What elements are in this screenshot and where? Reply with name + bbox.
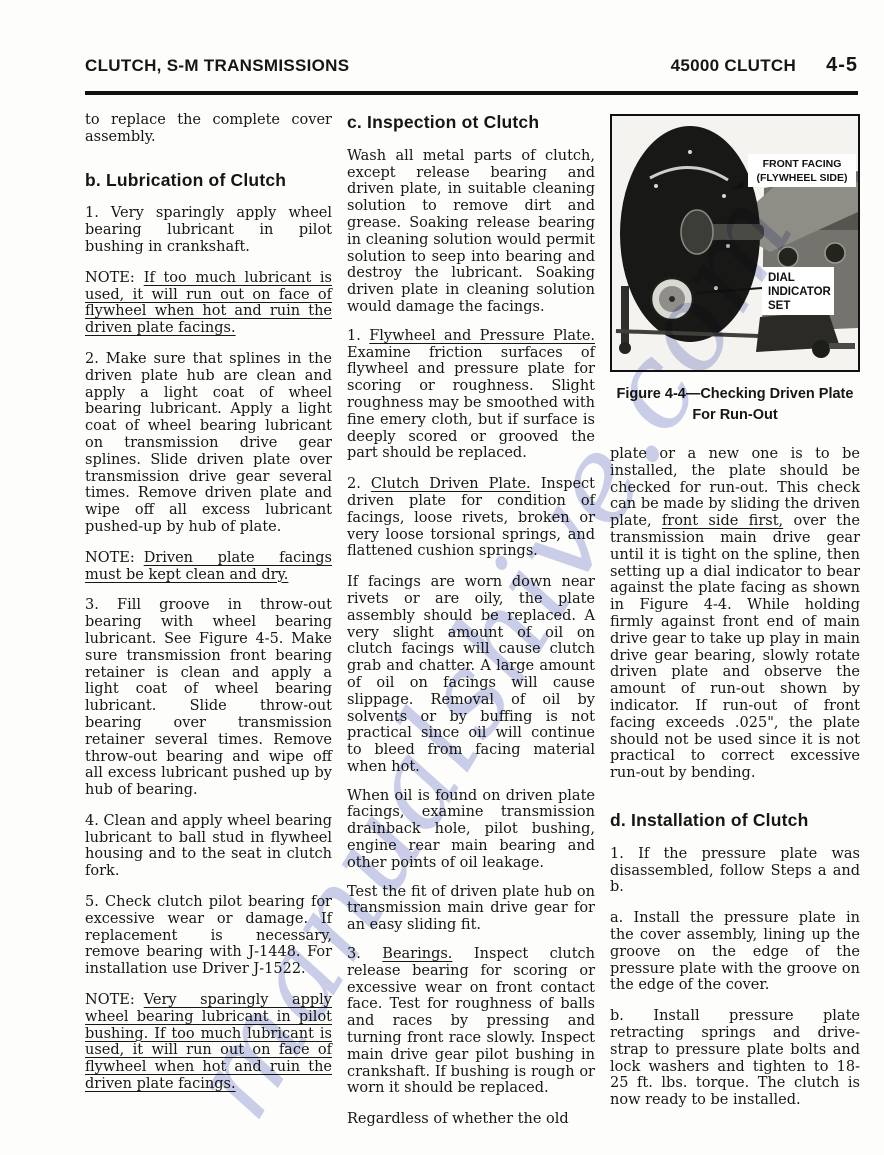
item-number: 1.: [347, 328, 361, 344]
item-number: 3.: [347, 946, 361, 962]
column-3: FRONT FACING (FLYWHEEL SIDE) DIAL INDICA…: [610, 112, 860, 1140]
column-1: to replace the complete cover assembly. …: [85, 112, 332, 1140]
note-label: NOTE:: [85, 270, 135, 286]
paragraph-intro: to replace the complete cover assembly.: [85, 112, 332, 146]
runout-paragraph: plate or a new one is to be installed, t…: [610, 446, 860, 782]
front-facing-label: (FLYWHEEL SIDE): [756, 172, 847, 184]
section-heading-b: b. Lubrication of Clutch: [85, 172, 332, 189]
item-lead: Clutch Driven Plate.: [371, 476, 531, 492]
header-section-title: 45000 CLUTCH: [671, 56, 796, 76]
installation-step-b: b. Install pressure plate retracting spr…: [610, 1008, 860, 1109]
note-2: NOTE:Driven plate facings must be kept c…: [85, 550, 332, 584]
inspection-item-2: 2. Clutch Driven Plate. Inspect driven p…: [347, 476, 595, 560]
underlined-phrase: front side first,: [662, 513, 783, 529]
dial-indicator-label: INDICATOR: [768, 286, 832, 298]
section-heading-d: d. Installation of Clutch: [610, 812, 860, 829]
page-header: CLUTCH, S-M TRANSMISSIONS 45000 CLUTCH 4…: [85, 54, 858, 77]
item-number: 2.: [347, 476, 361, 492]
manual-page: CLUTCH, S-M TRANSMISSIONS 45000 CLUTCH 4…: [0, 0, 884, 1155]
bolt-icon: [825, 243, 845, 263]
lubrication-step-1: 1. Very sparingly apply wheel bearing lu…: [85, 205, 332, 255]
installation-step-a: a. Install the pressure plate in the cov…: [610, 910, 860, 994]
inspection-paragraph-5: Regardless of whether the old: [347, 1111, 595, 1128]
header-right: 45000 CLUTCH 4-5: [671, 54, 858, 77]
inspection-item-1: 1. Flywheel and Pressure Plate. Examine …: [347, 328, 595, 462]
dial-indicator-label: SET: [768, 300, 790, 312]
content-columns: to replace the complete cover assembly. …: [85, 112, 860, 1140]
inspection-paragraph-4: Test the fit of driven plate hub on tran…: [347, 884, 595, 934]
item-text: Inspect clutch release bearing for scori…: [347, 946, 595, 1096]
caption-line: For Run-Out: [610, 405, 860, 426]
page-number: 4-5: [826, 54, 858, 77]
installation-step-1: 1. If the pressure plate was disassemble…: [610, 846, 860, 896]
figure-4-4-photo: FRONT FACING (FLYWHEEL SIDE) DIAL INDICA…: [610, 114, 860, 372]
caption-line: Figure 4-4—Checking Driven Plate: [610, 384, 860, 405]
indicator-stand: [621, 286, 629, 344]
header-left-title: CLUTCH, S-M TRANSMISSIONS: [85, 56, 349, 76]
front-facing-label: FRONT FACING: [763, 158, 842, 170]
inspection-paragraph-3: When oil is found on driven plate facing…: [347, 788, 595, 872]
note-label: NOTE:: [85, 550, 135, 566]
figure-4-4-caption: Figure 4-4—Checking Driven Plate For Run…: [610, 384, 860, 426]
inspection-item-3: 3. Bearings. Inspect clutch release bear…: [347, 946, 595, 1097]
column-2: c. Inspection ot Clutch Wash all metal p…: [347, 112, 595, 1140]
note-1: NOTE:If too much lubricant is used, it w…: [85, 270, 332, 337]
bolt-icon: [778, 247, 798, 267]
lubrication-step-2: 2. Make sure that splines in the driven …: [85, 351, 332, 536]
lubrication-step-3: 3. Fill groove in throw-out bearing with…: [85, 597, 332, 799]
dial-indicator-label: DIAL: [768, 272, 795, 284]
item-lead: Flywheel and Pressure Plate.: [369, 328, 595, 344]
item-lead: Bearings.: [382, 946, 452, 962]
lubrication-step-4: 4. Clean and apply wheel bearing lubrica…: [85, 813, 332, 880]
paragraph-text: over the transmission main drive gear un…: [610, 513, 860, 781]
header-rule: [85, 91, 858, 95]
lubrication-step-5: 5. Check clutch pilot bearing for excess…: [85, 894, 332, 978]
section-heading-c: c. Inspection ot Clutch: [347, 114, 595, 131]
note-label: NOTE:: [85, 992, 135, 1008]
inspection-paragraph-2: If facings are worn down near rivets or …: [347, 574, 595, 776]
note-3: NOTE:Very sparingly apply wheel bearing …: [85, 992, 332, 1093]
inspection-paragraph-1: Wash all metal parts of clutch, except r…: [347, 148, 595, 316]
item-text: Examine friction surfaces of flywheel an…: [347, 345, 595, 462]
hub: [681, 210, 713, 254]
